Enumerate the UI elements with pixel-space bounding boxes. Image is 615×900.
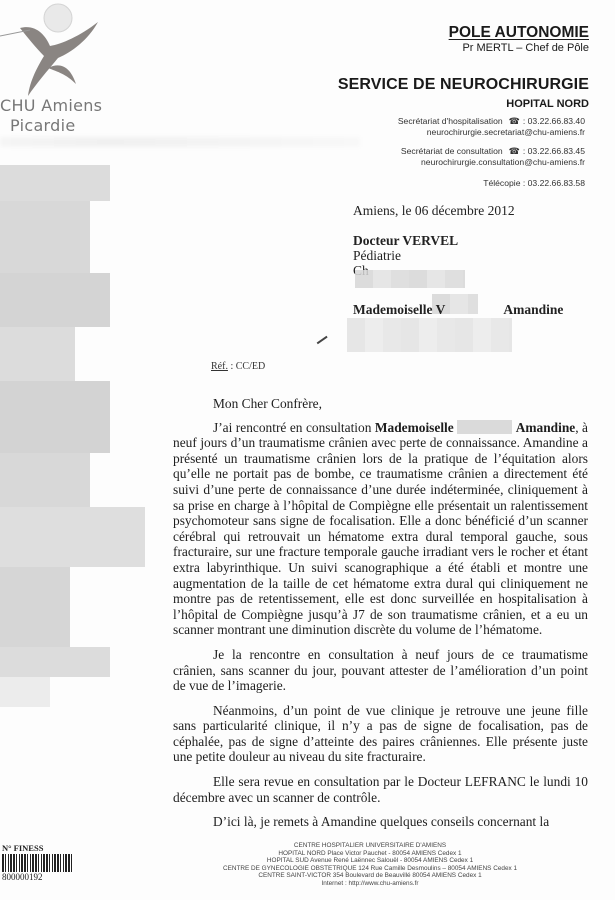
footer-line: CENTRE SAINT-VICTOR 354 Boulevard de Bea…	[150, 872, 590, 880]
barcode-icon	[2, 854, 74, 872]
ref-value: : CC/ED	[228, 361, 265, 372]
hosp-email: neurochirurgie.secretariat@chu-amiens.fr	[398, 127, 585, 138]
recipient-dept: Pédiatrie	[353, 248, 458, 263]
fax: Télécopie : 03.22.66.83.58	[483, 178, 585, 189]
letter-date: Amiens, le 06 décembre 2012	[353, 203, 515, 219]
chu-amiens-logo: CHU Amiens Picardie	[0, 0, 130, 140]
reference: Réf. : CC/ED	[211, 361, 265, 372]
patient-firstname: Amandine	[503, 302, 563, 317]
hosp-phone: : 03.22.66.83.40	[523, 116, 585, 126]
footer-line: CENTRE DE GYNECOLOGIE OBSTETRIQUE 124 Ru…	[150, 865, 590, 873]
paragraph-5: D’ici là, je remets à Amandine quelques …	[173, 814, 588, 830]
contact-hospitalisation: Secrétariat d'hospitalisation☎: 03.22.66…	[398, 116, 585, 138]
logo-text-line2: Picardie	[10, 116, 76, 135]
phone-icon: ☎	[509, 146, 520, 156]
letterhead: POLE AUTONOMIE Pr MERTL – Chef de Pôle S…	[309, 0, 589, 120]
p1-rest: , à neuf jours d’un traumatisme crânien …	[173, 420, 588, 638]
p1-patient-title: Mademoiselle	[375, 420, 454, 435]
faint-scan-artifact	[0, 137, 360, 147]
ref-label: Réf.	[211, 361, 228, 372]
pen-mark	[317, 336, 328, 344]
redacted-inline-surname	[457, 420, 512, 434]
hospital-name: HOPITAL NORD	[506, 98, 589, 110]
consult-label: Secrétariat de consultation	[401, 146, 503, 156]
hosp-label: Secrétariat d'hospitalisation	[398, 116, 503, 126]
paragraph-2: Je la rencontre en consultation à neuf j…	[173, 647, 588, 694]
paragraph-4: Elle sera revue en consultation par le D…	[173, 774, 588, 805]
chu-amiens-figure-icon	[0, 0, 130, 100]
paragraph-3: Néanmoins, d’un point de vue clinique je…	[173, 703, 588, 765]
redacted-patient-address	[347, 318, 512, 352]
pole-title: POLE AUTONOMIE	[449, 24, 589, 42]
redacted-address	[355, 270, 465, 288]
finess-label: N° FINESS	[2, 843, 74, 853]
footer-addresses: CENTRE HOSPITALIER UNIVERSITAIRE D'AMIEN…	[150, 842, 590, 888]
patient-prefix: Mademoiselle V	[353, 302, 445, 317]
finess-block: N° FINESS 800000192	[2, 843, 74, 882]
pole-chief: Pr MERTL – Chef de Pôle	[462, 42, 589, 54]
greeting: Mon Cher Confrère,	[173, 396, 588, 412]
redacted-left-column	[0, 165, 150, 745]
footer-line: HOPITAL NORD Place Victor Pauchet - 8005…	[150, 850, 590, 858]
service-title: SERVICE DE NEUROCHIRURGIE	[338, 76, 589, 94]
letter-body: Mon Cher Confrère, J’ai rencontré en con…	[173, 396, 588, 839]
patient-line: Mademoiselle VAmandine	[353, 302, 563, 318]
paragraph-1: J’ai rencontré en consultation Mademoise…	[173, 420, 588, 638]
footer-line: CENTRE HOSPITALIER UNIVERSITAIRE D'AMIEN…	[150, 842, 590, 850]
footer-line: HOPITAL SUD Avenue René Laënnec Salouël …	[150, 857, 590, 865]
recipient-name: Docteur VERVEL	[353, 233, 458, 248]
p1-start: J’ai rencontré en consultation	[213, 420, 375, 435]
consult-email: neurochirurgie.consultation@chu-amiens.f…	[401, 157, 585, 168]
contact-consultation: Secrétariat de consultation☎: 03.22.66.8…	[401, 146, 585, 168]
phone-icon: ☎	[509, 116, 520, 126]
finess-number: 800000192	[2, 872, 74, 882]
logo-text-line1: CHU Amiens	[0, 96, 102, 115]
p1-patient-name: Amandine	[516, 420, 576, 435]
consult-phone: : 03.22.66.83.45	[523, 146, 585, 156]
footer-website[interactable]: Internet : http://www.chu-amiens.fr	[150, 880, 590, 888]
